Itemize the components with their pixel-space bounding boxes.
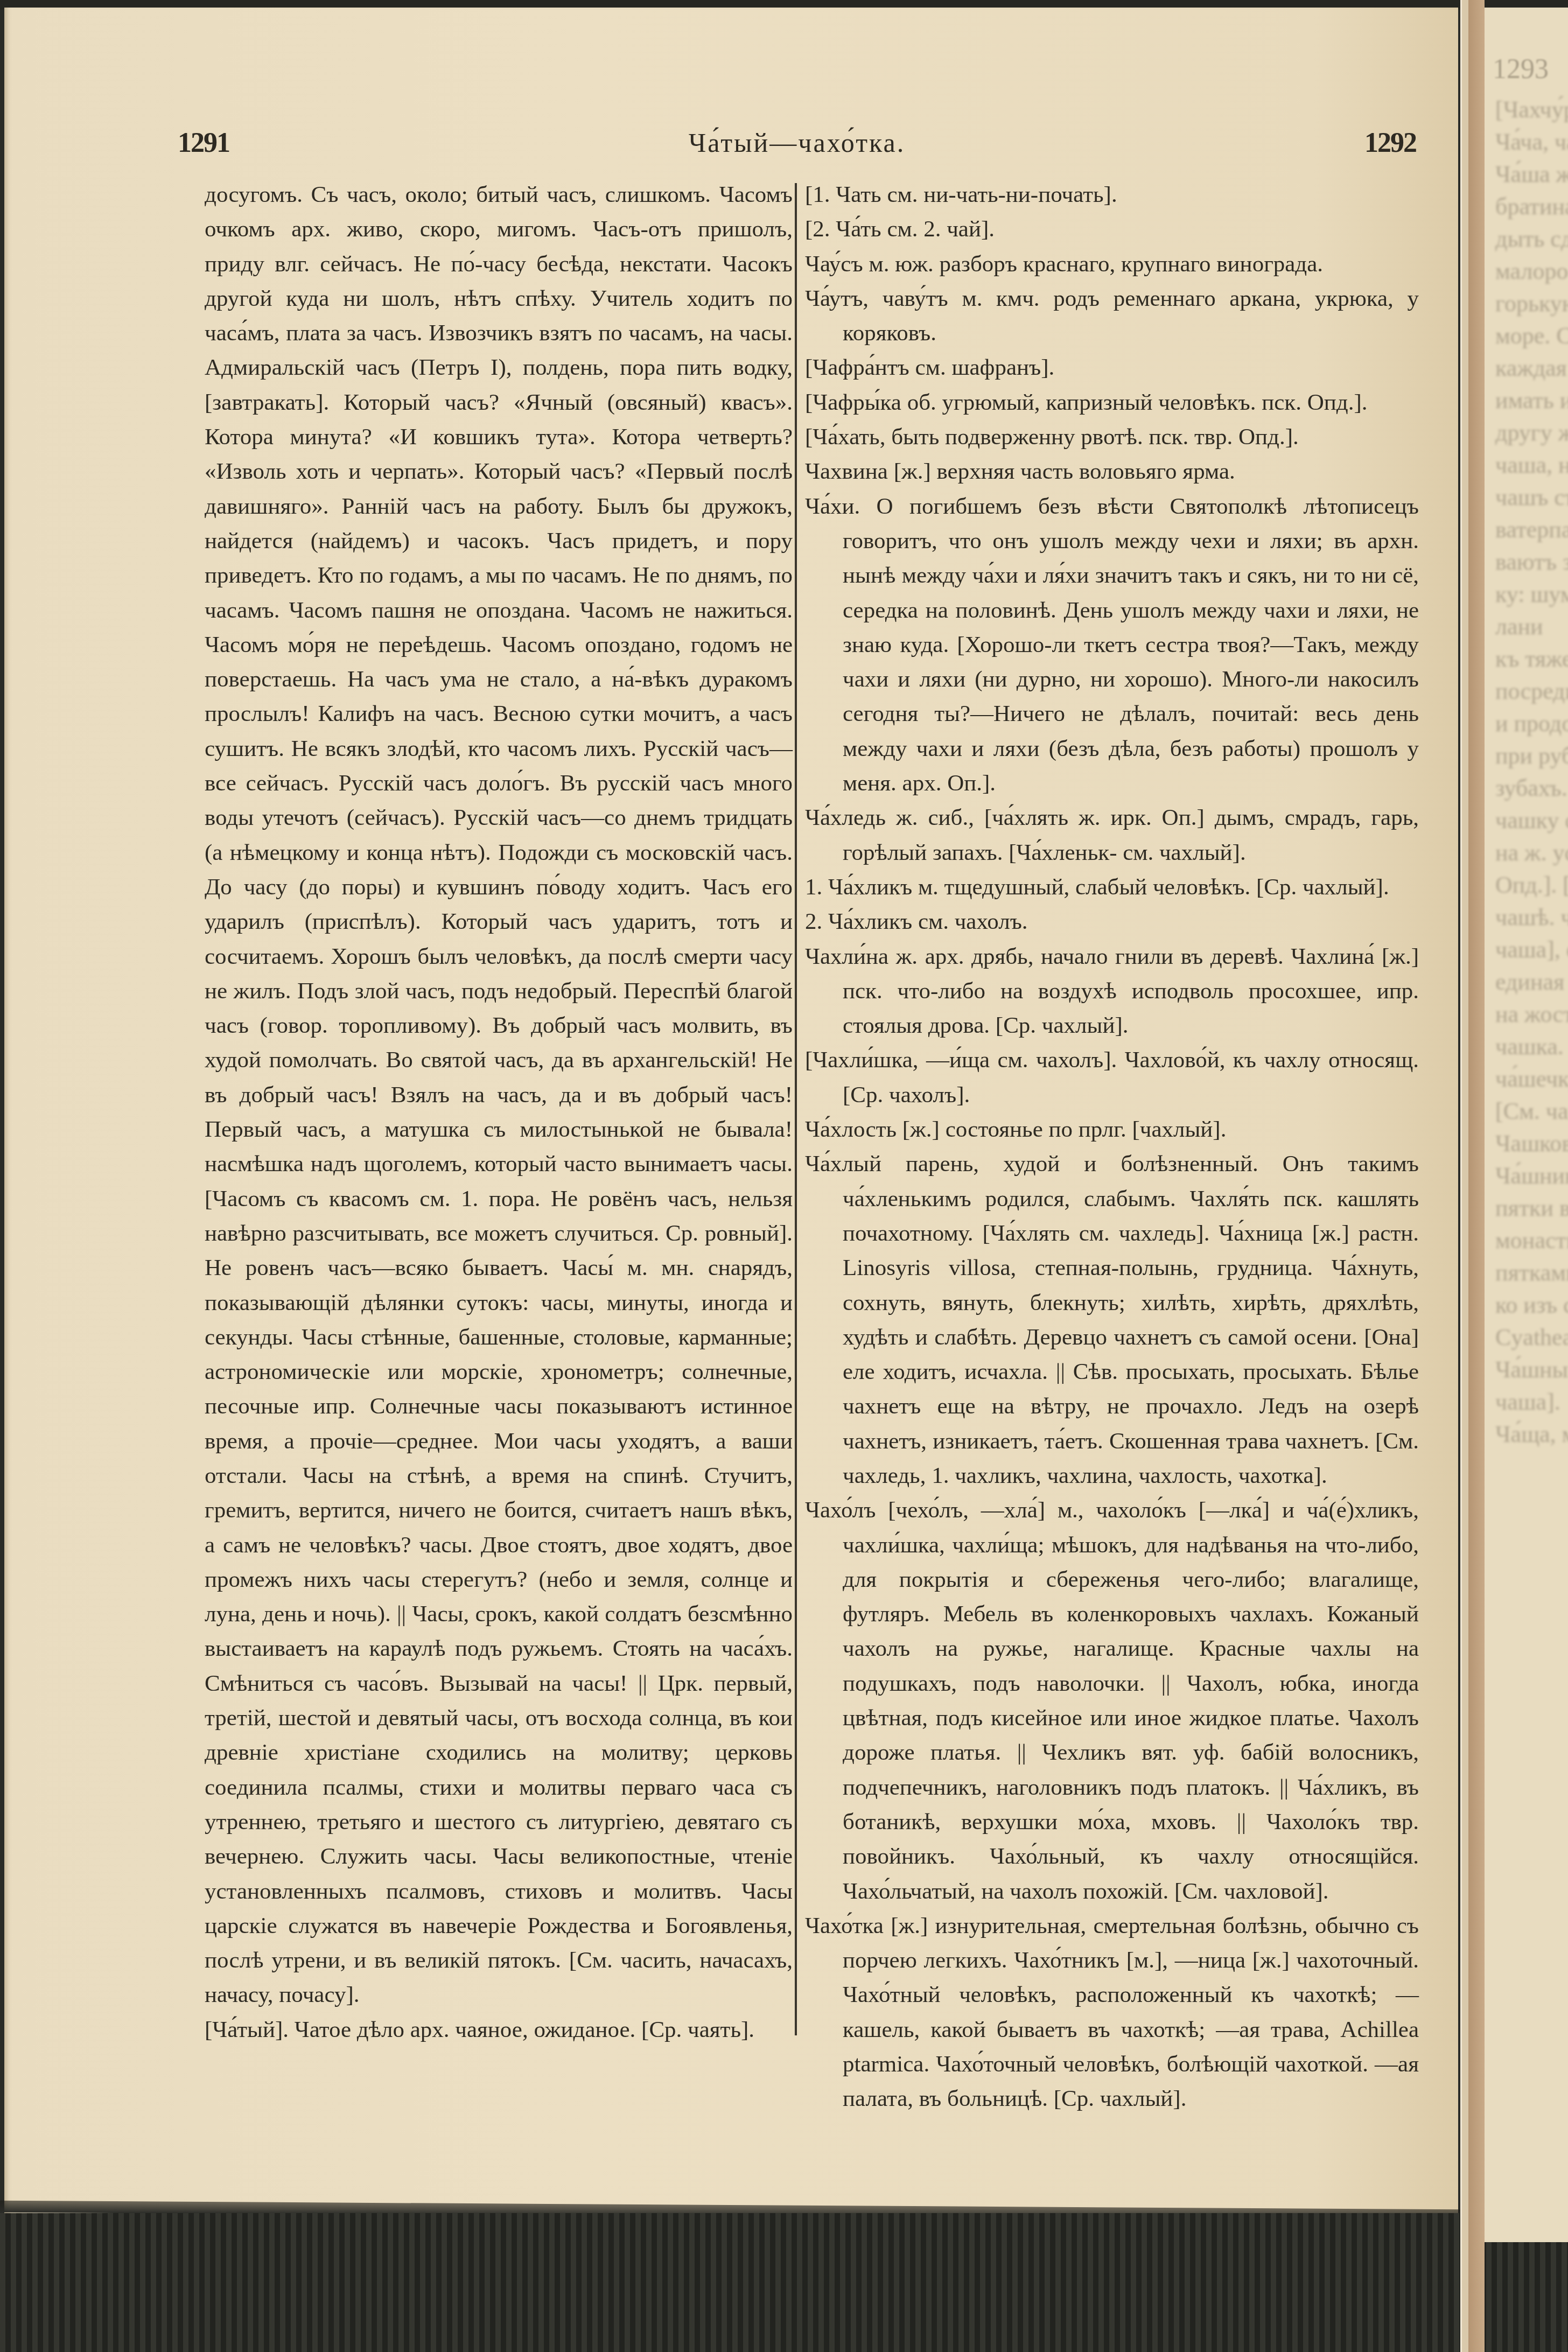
adjacent-page-line: на ж. усл (1495, 837, 1568, 869)
adjacent-page-text: [Чахчу́ры смЧа́ча, ча́чкаЧа́ша ж. стбрат… (1485, 8, 1568, 1451)
adjacent-page-line: ваютъ зем (1495, 546, 1568, 578)
adjacent-page-line: чаша], сост (1495, 934, 1568, 966)
adjacent-page-line: къ тяжелой (1495, 643, 1568, 675)
adjacent-page-line: единая чаш (1495, 966, 1568, 998)
adjacent-page-line: чашѣ. ча (1495, 901, 1568, 934)
adjacent-page-line: ку: шуми (1495, 578, 1568, 611)
adjacent-page-line: и продолж (1495, 708, 1568, 740)
dictionary-entry: Ча́хлый парень, худой и болѣзненный. Онъ… (805, 1147, 1419, 1493)
dictionary-entry: Чахо́лъ [чехо́лъ, —хла́] м., чахоло́къ [… (805, 1493, 1419, 1909)
adjacent-page-line: чаша]. (1495, 1386, 1568, 1418)
adjacent-page-line: посреди во (1495, 675, 1568, 708)
column-divider (795, 183, 797, 2035)
dictionary-entry: [Чахли́шка, —и́ща см. чахолъ]. Чахлово́й… (805, 1043, 1419, 1112)
adjacent-page-line: каждая (1495, 352, 1568, 384)
dictionary-entry: Чау́съ м. юж. разборъ краснаго, крупнаго… (805, 247, 1419, 282)
adjacent-page-line: монастырь (1495, 1224, 1568, 1257)
entry-chatyi: [Ча́тый]. Чатое дѣло арх. чаяное, ожидан… (205, 2013, 793, 2047)
dictionary-entry: 2. Ча́хликъ см. чахолъ. (805, 905, 1419, 939)
adjacent-page-line: Ча́ча, ча́чка (1495, 126, 1568, 158)
book-spine-shadow (1468, 0, 1485, 2352)
adjacent-page-line: чашку съм (1495, 804, 1568, 837)
adjacent-page-line: горькую ч (1495, 288, 1568, 320)
adjacent-page-line: лани (1495, 611, 1568, 643)
adjacent-page-line: чашка. Пре (1495, 1031, 1568, 1063)
dictionary-entry: [1. Чать см. ни-чать-ни-почать]. (805, 178, 1419, 212)
dictionary-entry: [Чафра́нтъ см. шафранъ]. (805, 351, 1419, 385)
entry-continuation: досугомъ. Съ часъ, около; битый часъ, сл… (205, 178, 793, 2013)
adjacent-page-line: Чашково́е-д (1495, 1128, 1568, 1160)
adjacent-page-line: дыть сдѣ (1495, 223, 1568, 255)
adjacent-page-line: море. Сол (1495, 320, 1568, 352)
dictionary-entry: Чахли́на ж. арх. дрябь, начало гнили въ … (805, 940, 1419, 1044)
adjacent-page-line: чашъ съ ви (1495, 481, 1568, 514)
dictionary-entry: Ча́хледь ж. сиб., [ча́хлять ж. ирк. Оп.]… (805, 801, 1419, 870)
adjacent-page-line: другу жел (1495, 417, 1568, 449)
adjacent-page-line: чаша, не (1495, 449, 1568, 481)
right-column: [1. Чать см. ни-чать-ни-почать]. [2. Ча́… (805, 178, 1419, 2117)
adjacent-page-line: малороссій (1495, 255, 1568, 288)
adjacent-page-line: Ча́шникъ м. (1495, 1160, 1568, 1192)
adjacent-page-line: Ча́шный, (1495, 1354, 1568, 1386)
adjacent-page-line: Cyathea. (1495, 1321, 1568, 1354)
scan-background-surface (0, 2213, 1568, 2352)
adjacent-page-line: ватерпасъ. (1495, 514, 1568, 546)
dictionary-entry: [Чафры́ка об. угрюмый, капризный человѣк… (805, 386, 1419, 420)
running-head: Ча́тый—чахо́тка. (178, 127, 1416, 158)
adjacent-page-line: [См. чашн (1495, 1095, 1568, 1128)
adjacent-page-line: Ча́ша ж. ст (1495, 158, 1568, 191)
adjacent-page-line: пятками. (1495, 1257, 1568, 1289)
left-column: досугомъ. Съ часъ, около; битый часъ, сл… (205, 178, 793, 2047)
adjacent-page-line: пятки въ (1495, 1192, 1568, 1224)
dictionary-entry: Ча́хлость [ж.] состоянье по прлг. [чахлы… (805, 1112, 1419, 1147)
adjacent-page-line: Опд.]. [Ча́ (1495, 869, 1568, 901)
adjacent-page-line: Ча́ща, мн. (1495, 1418, 1568, 1451)
adjacent-page-line: на жосту (1495, 998, 1568, 1031)
adjacent-page-line: [Чахчу́ры см (1495, 94, 1568, 126)
page-number-right: 1292 (1364, 127, 1416, 159)
dictionary-entry: [2. Ча́ть см. 2. чай]. (805, 212, 1419, 247)
dictionary-entry: Ча́утъ, чаву́тъ м. кмч. родъ ременнаго а… (805, 282, 1419, 351)
dictionary-entry: [Ча́хать, быть подверженну рвотѣ. пск. т… (805, 420, 1419, 454)
adjacent-page-line: братина, (1495, 191, 1568, 223)
adjacent-page-line: зубахъ. (1495, 772, 1568, 804)
dictionary-entry: 1. Ча́хликъ м. тщедушный, слабый человѣк… (805, 870, 1419, 905)
adjacent-page-line: при рубкѣ (1495, 740, 1568, 772)
adjacent-page-line: имать или (1495, 384, 1568, 417)
adjacent-page-line: ко изъ ст (1495, 1289, 1568, 1321)
adjacent-page: 1293 [Чахчу́ры смЧа́ча, ча́чкаЧа́ша ж. с… (1485, 8, 1568, 2242)
dictionary-entry: Ча́хи. О погибшемъ безъ вѣсти Святополкѣ… (805, 489, 1419, 801)
page-header: 1291 Ча́тый—чахо́тка. 1292 (178, 127, 1416, 170)
dictionary-entry: Чахвина [ж.] верхняя часть воловьяго ярм… (805, 454, 1419, 489)
dictionary-entry: Чахо́тка [ж.] изнурительная, смертельная… (805, 1909, 1419, 2117)
adjacent-page-line: ча́шечку. (1495, 1063, 1568, 1095)
